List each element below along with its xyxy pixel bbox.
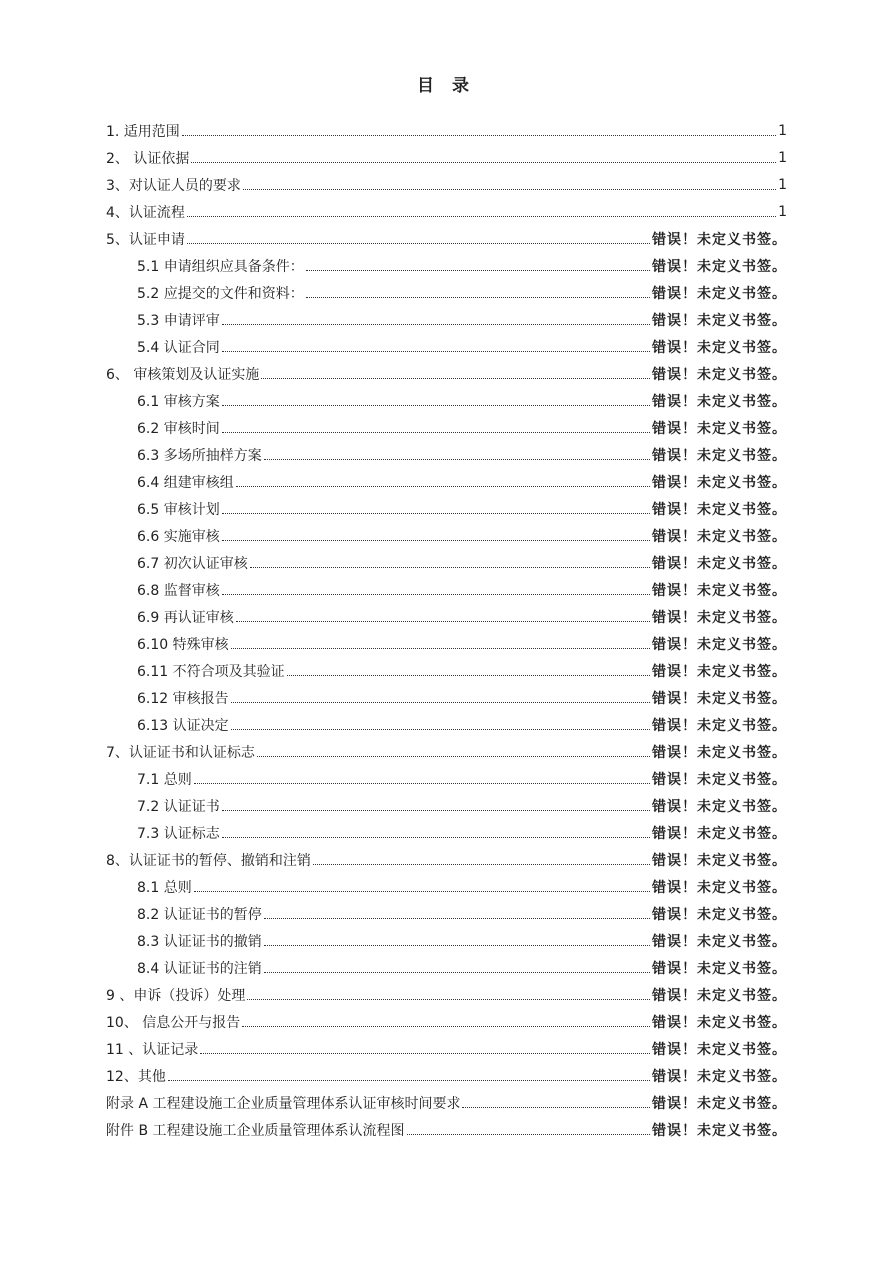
dot-leader <box>261 378 650 379</box>
dot-leader <box>242 1026 650 1027</box>
toc-entry[interactable]: 附录 A 工程建设施工企业质量管理体系认证审核时间要求错误！未定义书签。 <box>106 1089 787 1116</box>
dot-leader <box>231 648 650 649</box>
toc-entry-label: 5.1 申请组织应具备条件： <box>137 256 304 276</box>
page-number: 1 <box>778 150 787 166</box>
toc-entry-label: 8、认证证书的暂停、撤销和注销 <box>106 850 311 870</box>
bookmark-error-text: 错误！未定义书签。 <box>652 1093 787 1113</box>
toc-entry-label: 6.5 审核计划 <box>137 499 220 519</box>
dot-leader <box>243 189 776 190</box>
dot-leader <box>407 1134 650 1135</box>
table-of-contents: 1. 适用范围12、 认证依据13、对认证人员的要求14、认证流程15、认证申请… <box>106 117 787 1143</box>
dot-leader <box>236 486 650 487</box>
dot-leader <box>187 243 650 244</box>
toc-entry-label: 6、 审核策划及认证实施 <box>106 364 259 384</box>
toc-entry[interactable]: 6.1 审核方案错误！未定义书签。 <box>106 387 787 414</box>
toc-entry-label: 11 、认证记录 <box>106 1039 198 1059</box>
toc-entry-label: 6.7 初次认证审核 <box>137 553 248 573</box>
toc-entry[interactable]: 6.7 初次认证审核错误！未定义书签。 <box>106 549 787 576</box>
toc-entry[interactable]: 8.3 认证证书的撤销错误！未定义书签。 <box>106 927 787 954</box>
toc-entry-label: 5.4 认证合同 <box>137 337 220 357</box>
toc-entry-label: 7.2 认证证书 <box>137 796 220 816</box>
toc-entry-label: 6.12 审核报告 <box>137 688 229 708</box>
bookmark-error-text: 错误！未定义书签。 <box>652 985 787 1005</box>
toc-entry-label: 6.6 实施审核 <box>137 526 220 546</box>
bookmark-error-text: 错误！未定义书签。 <box>652 283 787 303</box>
toc-entry-label: 7.1 总则 <box>137 769 192 789</box>
bookmark-error-text: 错误！未定义书签。 <box>652 877 787 897</box>
toc-entry-label: 5、认证申请 <box>106 229 185 249</box>
dot-leader <box>200 1053 650 1054</box>
dot-leader <box>264 918 650 919</box>
dot-leader <box>222 405 650 406</box>
page-number: 1 <box>778 123 787 139</box>
toc-entry-label: 8.4 认证证书的注销 <box>137 958 262 978</box>
toc-entry-label: 2、 认证依据 <box>106 148 189 168</box>
toc-entry[interactable]: 6.6 实施审核错误！未定义书签。 <box>106 522 787 549</box>
toc-entry-label: 附件 B 工程建设施工企业质量管理体系认流程图 <box>106 1120 405 1140</box>
dot-leader <box>264 945 650 946</box>
bookmark-error-text: 错误！未定义书签。 <box>652 1120 787 1140</box>
toc-entry[interactable]: 5.3 申请评审错误！未定义书签。 <box>106 306 787 333</box>
toc-entry[interactable]: 7、认证证书和认证标志错误！未定义书签。 <box>106 738 787 765</box>
toc-entry[interactable]: 6、 审核策划及认证实施错误！未定义书签。 <box>106 360 787 387</box>
toc-entry[interactable]: 3、对认证人员的要求1 <box>106 171 787 198</box>
dot-leader <box>222 351 650 352</box>
bookmark-error-text: 错误！未定义书签。 <box>652 337 787 357</box>
bookmark-error-text: 错误！未定义书签。 <box>652 1039 787 1059</box>
bookmark-error-text: 错误！未定义书签。 <box>652 472 787 492</box>
toc-entry[interactable]: 5.2 应提交的文件和资料：错误！未定义书签。 <box>106 279 787 306</box>
toc-entry-label: 7、认证证书和认证标志 <box>106 742 255 762</box>
toc-entry[interactable]: 10、 信息公开与报告错误！未定义书签。 <box>106 1008 787 1035</box>
toc-entry[interactable]: 8.4 认证证书的注销错误！未定义书签。 <box>106 954 787 981</box>
toc-entry[interactable]: 5.1 申请组织应具备条件：错误！未定义书签。 <box>106 252 787 279</box>
bookmark-error-text: 错误！未定义书签。 <box>652 850 787 870</box>
bookmark-error-text: 错误！未定义书签。 <box>652 553 787 573</box>
bookmark-error-text: 错误！未定义书签。 <box>652 661 787 681</box>
bookmark-error-text: 错误！未定义书签。 <box>652 499 787 519</box>
toc-entry[interactable]: 6.8 监督审核错误！未定义书签。 <box>106 576 787 603</box>
toc-entry[interactable]: 9 、申诉（投诉）处理错误！未定义书签。 <box>106 981 787 1008</box>
toc-entry-label: 5.2 应提交的文件和资料： <box>137 283 304 303</box>
bookmark-error-text: 错误！未定义书签。 <box>652 310 787 330</box>
bookmark-error-text: 错误！未定义书签。 <box>652 580 787 600</box>
toc-entry[interactable]: 6.9 再认证审核错误！未定义书签。 <box>106 603 787 630</box>
toc-entry[interactable]: 5.4 认证合同错误！未定义书签。 <box>106 333 787 360</box>
dot-leader <box>264 972 650 973</box>
toc-entry-label: 5.3 申请评审 <box>137 310 220 330</box>
toc-entry[interactable]: 6.12 审核报告错误！未定义书签。 <box>106 684 787 711</box>
bookmark-error-text: 错误！未定义书签。 <box>652 1012 787 1032</box>
toc-entry-label: 6.9 再认证审核 <box>137 607 234 627</box>
bookmark-error-text: 错误！未定义书签。 <box>652 796 787 816</box>
page-number: 1 <box>778 204 787 220</box>
dot-leader <box>264 459 650 460</box>
bookmark-error-text: 错误！未定义书签。 <box>652 958 787 978</box>
toc-title: 目 录 <box>0 71 892 96</box>
toc-entry[interactable]: 8.1 总则错误！未定义书签。 <box>106 873 787 900</box>
toc-entry-label: 1. 适用范围 <box>106 121 180 141</box>
page-number: 1 <box>778 177 787 193</box>
dot-leader <box>222 594 650 595</box>
toc-entry-label: 6.1 审核方案 <box>137 391 220 411</box>
toc-entry[interactable]: 12、其他错误！未定义书签。 <box>106 1062 787 1089</box>
bookmark-error-text: 错误！未定义书签。 <box>652 418 787 438</box>
toc-entry-label: 8.1 总则 <box>137 877 192 897</box>
toc-entry[interactable]: 4、认证流程1 <box>106 198 787 225</box>
dot-leader <box>182 135 776 136</box>
dot-leader <box>194 891 650 892</box>
bookmark-error-text: 错误！未定义书签。 <box>652 391 787 411</box>
toc-entry-label: 6.2 审核时间 <box>137 418 220 438</box>
bookmark-error-text: 错误！未定义书签。 <box>652 607 787 627</box>
dot-leader <box>313 864 650 865</box>
dot-leader <box>222 432 650 433</box>
bookmark-error-text: 错误！未定义书签。 <box>652 904 787 924</box>
dot-leader <box>222 837 650 838</box>
bookmark-error-text: 错误！未定义书签。 <box>652 1066 787 1086</box>
toc-entry[interactable]: 5、认证申请错误！未定义书签。 <box>106 225 787 252</box>
toc-entry[interactable]: 6.3 多场所抽样方案错误！未定义书签。 <box>106 441 787 468</box>
toc-entry[interactable]: 6.10 特殊审核错误！未定义书签。 <box>106 630 787 657</box>
bookmark-error-text: 错误！未定义书签。 <box>652 823 787 843</box>
toc-entry-label: 6.11 不符合项及其验证 <box>137 661 285 681</box>
toc-entry[interactable]: 1. 适用范围1 <box>106 117 787 144</box>
toc-entry[interactable]: 7.1 总则错误！未定义书签。 <box>106 765 787 792</box>
toc-entry[interactable]: 7.2 认证证书错误！未定义书签。 <box>106 792 787 819</box>
toc-entry[interactable]: 附件 B 工程建设施工企业质量管理体系认流程图错误！未定义书签。 <box>106 1116 787 1143</box>
toc-entry-label: 6.10 特殊审核 <box>137 634 229 654</box>
bookmark-error-text: 错误！未定义书签。 <box>652 526 787 546</box>
bookmark-error-text: 错误！未定义书签。 <box>652 688 787 708</box>
toc-entry[interactable]: 2、 认证依据1 <box>106 144 787 171</box>
dot-leader <box>191 162 776 163</box>
bookmark-error-text: 错误！未定义书签。 <box>652 742 787 762</box>
dot-leader <box>462 1107 650 1108</box>
dot-leader <box>287 675 650 676</box>
bookmark-error-text: 错误！未定义书签。 <box>652 715 787 735</box>
dot-leader <box>231 729 650 730</box>
toc-entry-label: 8.3 认证证书的撤销 <box>137 931 262 951</box>
dot-leader <box>231 702 650 703</box>
toc-entry-label: 附录 A 工程建设施工企业质量管理体系认证审核时间要求 <box>106 1093 460 1113</box>
toc-entry-label: 12、其他 <box>106 1066 166 1086</box>
toc-entry-label: 3、对认证人员的要求 <box>106 175 241 195</box>
dot-leader <box>222 324 650 325</box>
dot-leader <box>187 216 776 217</box>
toc-entry[interactable]: 8、认证证书的暂停、撤销和注销错误！未定义书签。 <box>106 846 787 873</box>
toc-entry[interactable]: 8.2 认证证书的暂停错误！未定义书签。 <box>106 900 787 927</box>
toc-entry[interactable]: 7.3 认证标志错误！未定义书签。 <box>106 819 787 846</box>
toc-entry-label: 6.13 认证决定 <box>137 715 229 735</box>
dot-leader <box>247 999 650 1000</box>
dot-leader <box>250 567 650 568</box>
bookmark-error-text: 错误！未定义书签。 <box>652 229 787 249</box>
bookmark-error-text: 错误！未定义书签。 <box>652 364 787 384</box>
toc-entry-label: 8.2 认证证书的暂停 <box>137 904 262 924</box>
dot-leader <box>236 621 650 622</box>
dot-leader <box>194 783 650 784</box>
toc-entry-label: 6.8 监督审核 <box>137 580 220 600</box>
toc-entry-label: 6.4 组建审核组 <box>137 472 234 492</box>
bookmark-error-text: 错误！未定义书签。 <box>652 931 787 951</box>
dot-leader <box>168 1080 650 1081</box>
toc-entry[interactable]: 11 、认证记录错误！未定义书签。 <box>106 1035 787 1062</box>
toc-entry-label: 7.3 认证标志 <box>137 823 220 843</box>
dot-leader <box>306 297 650 298</box>
toc-entry[interactable]: 6.11 不符合项及其验证错误！未定义书签。 <box>106 657 787 684</box>
toc-entry[interactable]: 6.13 认证决定错误！未定义书签。 <box>106 711 787 738</box>
bookmark-error-text: 错误！未定义书签。 <box>652 445 787 465</box>
dot-leader <box>306 270 650 271</box>
toc-entry-label: 10、 信息公开与报告 <box>106 1012 240 1032</box>
toc-entry-label: 9 、申诉（投诉）处理 <box>106 985 245 1005</box>
dot-leader <box>222 513 650 514</box>
bookmark-error-text: 错误！未定义书签。 <box>652 256 787 276</box>
toc-entry[interactable]: 6.5 审核计划错误！未定义书签。 <box>106 495 787 522</box>
toc-entry[interactable]: 6.4 组建审核组错误！未定义书签。 <box>106 468 787 495</box>
toc-entry-label: 6.3 多场所抽样方案 <box>137 445 262 465</box>
bookmark-error-text: 错误！未定义书签。 <box>652 634 787 654</box>
toc-entry[interactable]: 6.2 审核时间错误！未定义书签。 <box>106 414 787 441</box>
dot-leader <box>222 810 650 811</box>
bookmark-error-text: 错误！未定义书签。 <box>652 769 787 789</box>
toc-entry-label: 4、认证流程 <box>106 202 185 222</box>
dot-leader <box>257 756 650 757</box>
dot-leader <box>222 540 650 541</box>
